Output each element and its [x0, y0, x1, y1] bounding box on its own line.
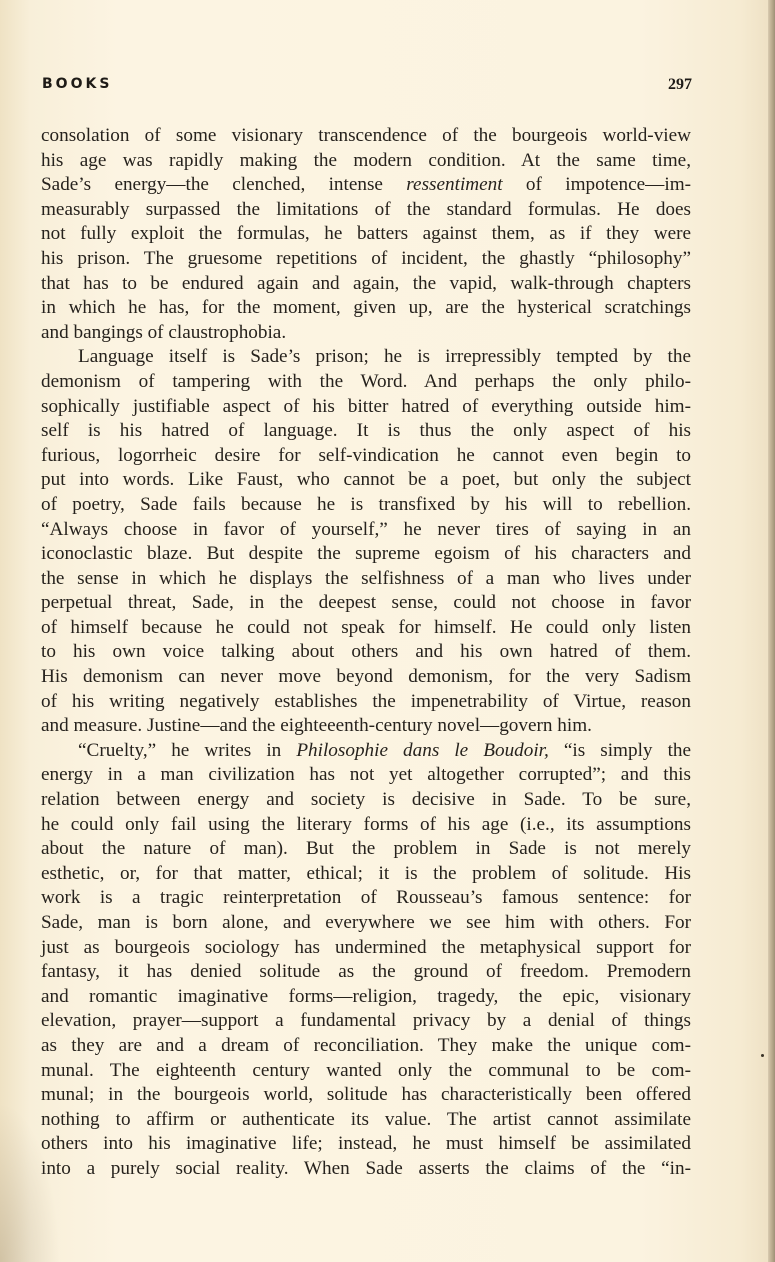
- italic-phrase: Philosophie dans le Boudoir,: [296, 740, 549, 761]
- text-line: “Cruelty,” he writes in Philosophie dans…: [41, 739, 691, 764]
- text-line: nothing to affirm or authenticate its va…: [41, 1108, 691, 1133]
- text-line: relation between energy and society is d…: [41, 788, 691, 813]
- paragraph: “Cruelty,” he writes in Philosophie dans…: [41, 739, 691, 1182]
- body-text: consolation of some visionary transcende…: [41, 124, 691, 1182]
- ink-speck: [761, 1054, 764, 1057]
- text-line: and measure. Justine—and the eighteeenth…: [41, 714, 691, 739]
- text-line: elevation, prayer—support a fundamental …: [41, 1009, 691, 1034]
- text-line: that has to be endured again and again, …: [41, 272, 691, 297]
- text-line: Sade, man is born alone, and everywhere …: [41, 911, 691, 936]
- text-line: of his writing negatively establishes th…: [41, 690, 691, 715]
- text-line: munal. The eighteenth century wanted onl…: [41, 1059, 691, 1084]
- text-line: of poetry, Sade fails because he is tran…: [41, 493, 691, 518]
- text-line: measurably surpassed the limitations of …: [41, 198, 691, 223]
- page-edge: [768, 0, 775, 1262]
- text-line: fantasy, it has denied solitude as the g…: [41, 960, 691, 985]
- text-line: munal; in the bourgeois world, solitude …: [41, 1083, 691, 1108]
- text-line: his prison. The gruesome repetitions of …: [41, 247, 691, 272]
- text-line: into a purely social reality. When Sade …: [41, 1157, 691, 1182]
- text-line: His demonism can never move beyond demon…: [41, 665, 691, 690]
- running-head: BOOKS 297: [42, 76, 692, 96]
- section-title: BOOKS: [42, 76, 112, 92]
- text-line: perpetual threat, Sade, in the deepest s…: [41, 591, 691, 616]
- text-line: his age was rapidly making the modern co…: [41, 149, 691, 174]
- italic-phrase: ressentiment: [406, 174, 502, 195]
- text-line: the sense in which he displays the selfi…: [41, 567, 691, 592]
- text-line: sophically justifiable aspect of his bit…: [41, 395, 691, 420]
- text-line: to his own voice talking about others an…: [41, 640, 691, 665]
- text-line: put into words. Like Faust, who cannot b…: [41, 468, 691, 493]
- text-line: and bangings of claustrophobia.: [41, 321, 691, 346]
- text-line: not fully exploit the formulas, he batte…: [41, 222, 691, 247]
- text-line: Language itself is Sade’s prison; he is …: [41, 345, 691, 370]
- text-line: energy in a man civilization has not yet…: [41, 763, 691, 788]
- text-line: as they are and a dream of reconciliatio…: [41, 1034, 691, 1059]
- text-line: of himself because he could not speak fo…: [41, 616, 691, 641]
- text-line: iconoclastic blaze. But despite the supr…: [41, 542, 691, 567]
- text-line: demonism of tampering with the Word. And…: [41, 370, 691, 395]
- text-line: furious, logorrheic desire for self-vind…: [41, 444, 691, 469]
- text-line: consolation of some visionary transcende…: [41, 124, 691, 149]
- text-line: just as bourgeois sociology has undermin…: [41, 936, 691, 961]
- book-page: BOOKS 297 consolation of some visionary …: [0, 0, 768, 1262]
- page-number: 297: [668, 76, 692, 94]
- text-line: others into his imaginative life; instea…: [41, 1132, 691, 1157]
- text-line: Sade’s energy—the clenched, intense ress…: [41, 173, 691, 198]
- text-line: and romantic imaginative forms—religion,…: [41, 985, 691, 1010]
- text-line: self is his hatred of language. It is th…: [41, 419, 691, 444]
- text-line: in which he has, for the moment, given u…: [41, 296, 691, 321]
- text-line: “Always choose in favor of yourself,” he…: [41, 518, 691, 543]
- paragraph: Language itself is Sade’s prison; he is …: [41, 345, 691, 739]
- text-line: about the nature of man). But the proble…: [41, 837, 691, 862]
- text-line: work is a tragic reinterpretation of Rou…: [41, 886, 691, 911]
- paragraph: consolation of some visionary transcende…: [41, 124, 691, 345]
- text-line: he could only fail using the literary fo…: [41, 813, 691, 838]
- text-line: esthetic, or, for that matter, ethical; …: [41, 862, 691, 887]
